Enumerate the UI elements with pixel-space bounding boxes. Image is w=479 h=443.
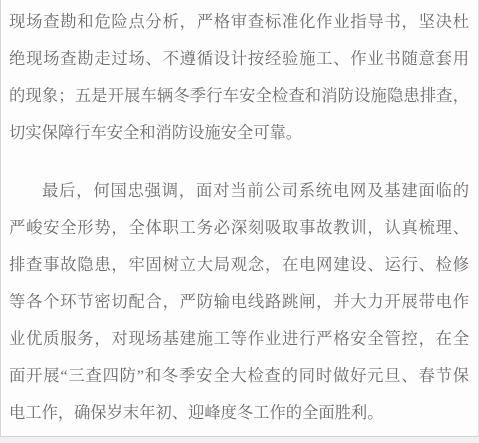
article-page: 现场查勘和危险点分析，严格审查标准化作业指导书，坚决杜绝现场查勘走过场、不遵循设…	[0, 0, 479, 443]
text-line: 严峻安全形势，全体职工务必深刻吸取事故教训，认真梳理、	[9, 209, 469, 246]
paragraph: 最后，何国忠强调，面对当前公司系统电网及基建面临的严峻安全形势，全体职工务必深刻…	[9, 172, 469, 431]
text-line: 绝现场查勘走过场、不遵循设计按经验施工、作业书随意套用	[9, 40, 469, 77]
text-line: 等各个环节密切配合，严防输电线路跳闸，并大力开展带电作	[9, 283, 469, 320]
text-line: 最后，何国忠强调，面对当前公司系统电网及基建面临的	[9, 172, 469, 209]
text-line: 电工作，确保岁末年初、迎峰度冬工作的全面胜利。	[9, 394, 469, 431]
text-line: 排查事故隐患，牢固树立大局观念，在电网建设、运行、检修	[9, 246, 469, 283]
text-line: 面开展“三查四防”和冬季安全大检查的同时做好元旦、春节保	[9, 357, 469, 394]
text-line: 业优质服务，对现场基建施工等作业进行严格安全管控，在全	[9, 320, 469, 357]
text-line: 的现象；五是开展车辆冬季行车安全检查和消防设施隐患排查，	[9, 77, 469, 114]
paragraph: 现场查勘和危险点分析，严格审查标准化作业指导书，坚决杜绝现场查勘走过场、不遵循设…	[9, 3, 469, 151]
text-line: 现场查勘和危险点分析，严格审查标准化作业指导书，坚决杜	[9, 3, 469, 40]
article-text-area: 现场查勘和危险点分析，严格审查标准化作业指导书，坚决杜绝现场查勘走过场、不遵循设…	[0, 0, 479, 437]
text-line: 切实保障行车安全和消防设施安全可靠。	[9, 114, 469, 151]
